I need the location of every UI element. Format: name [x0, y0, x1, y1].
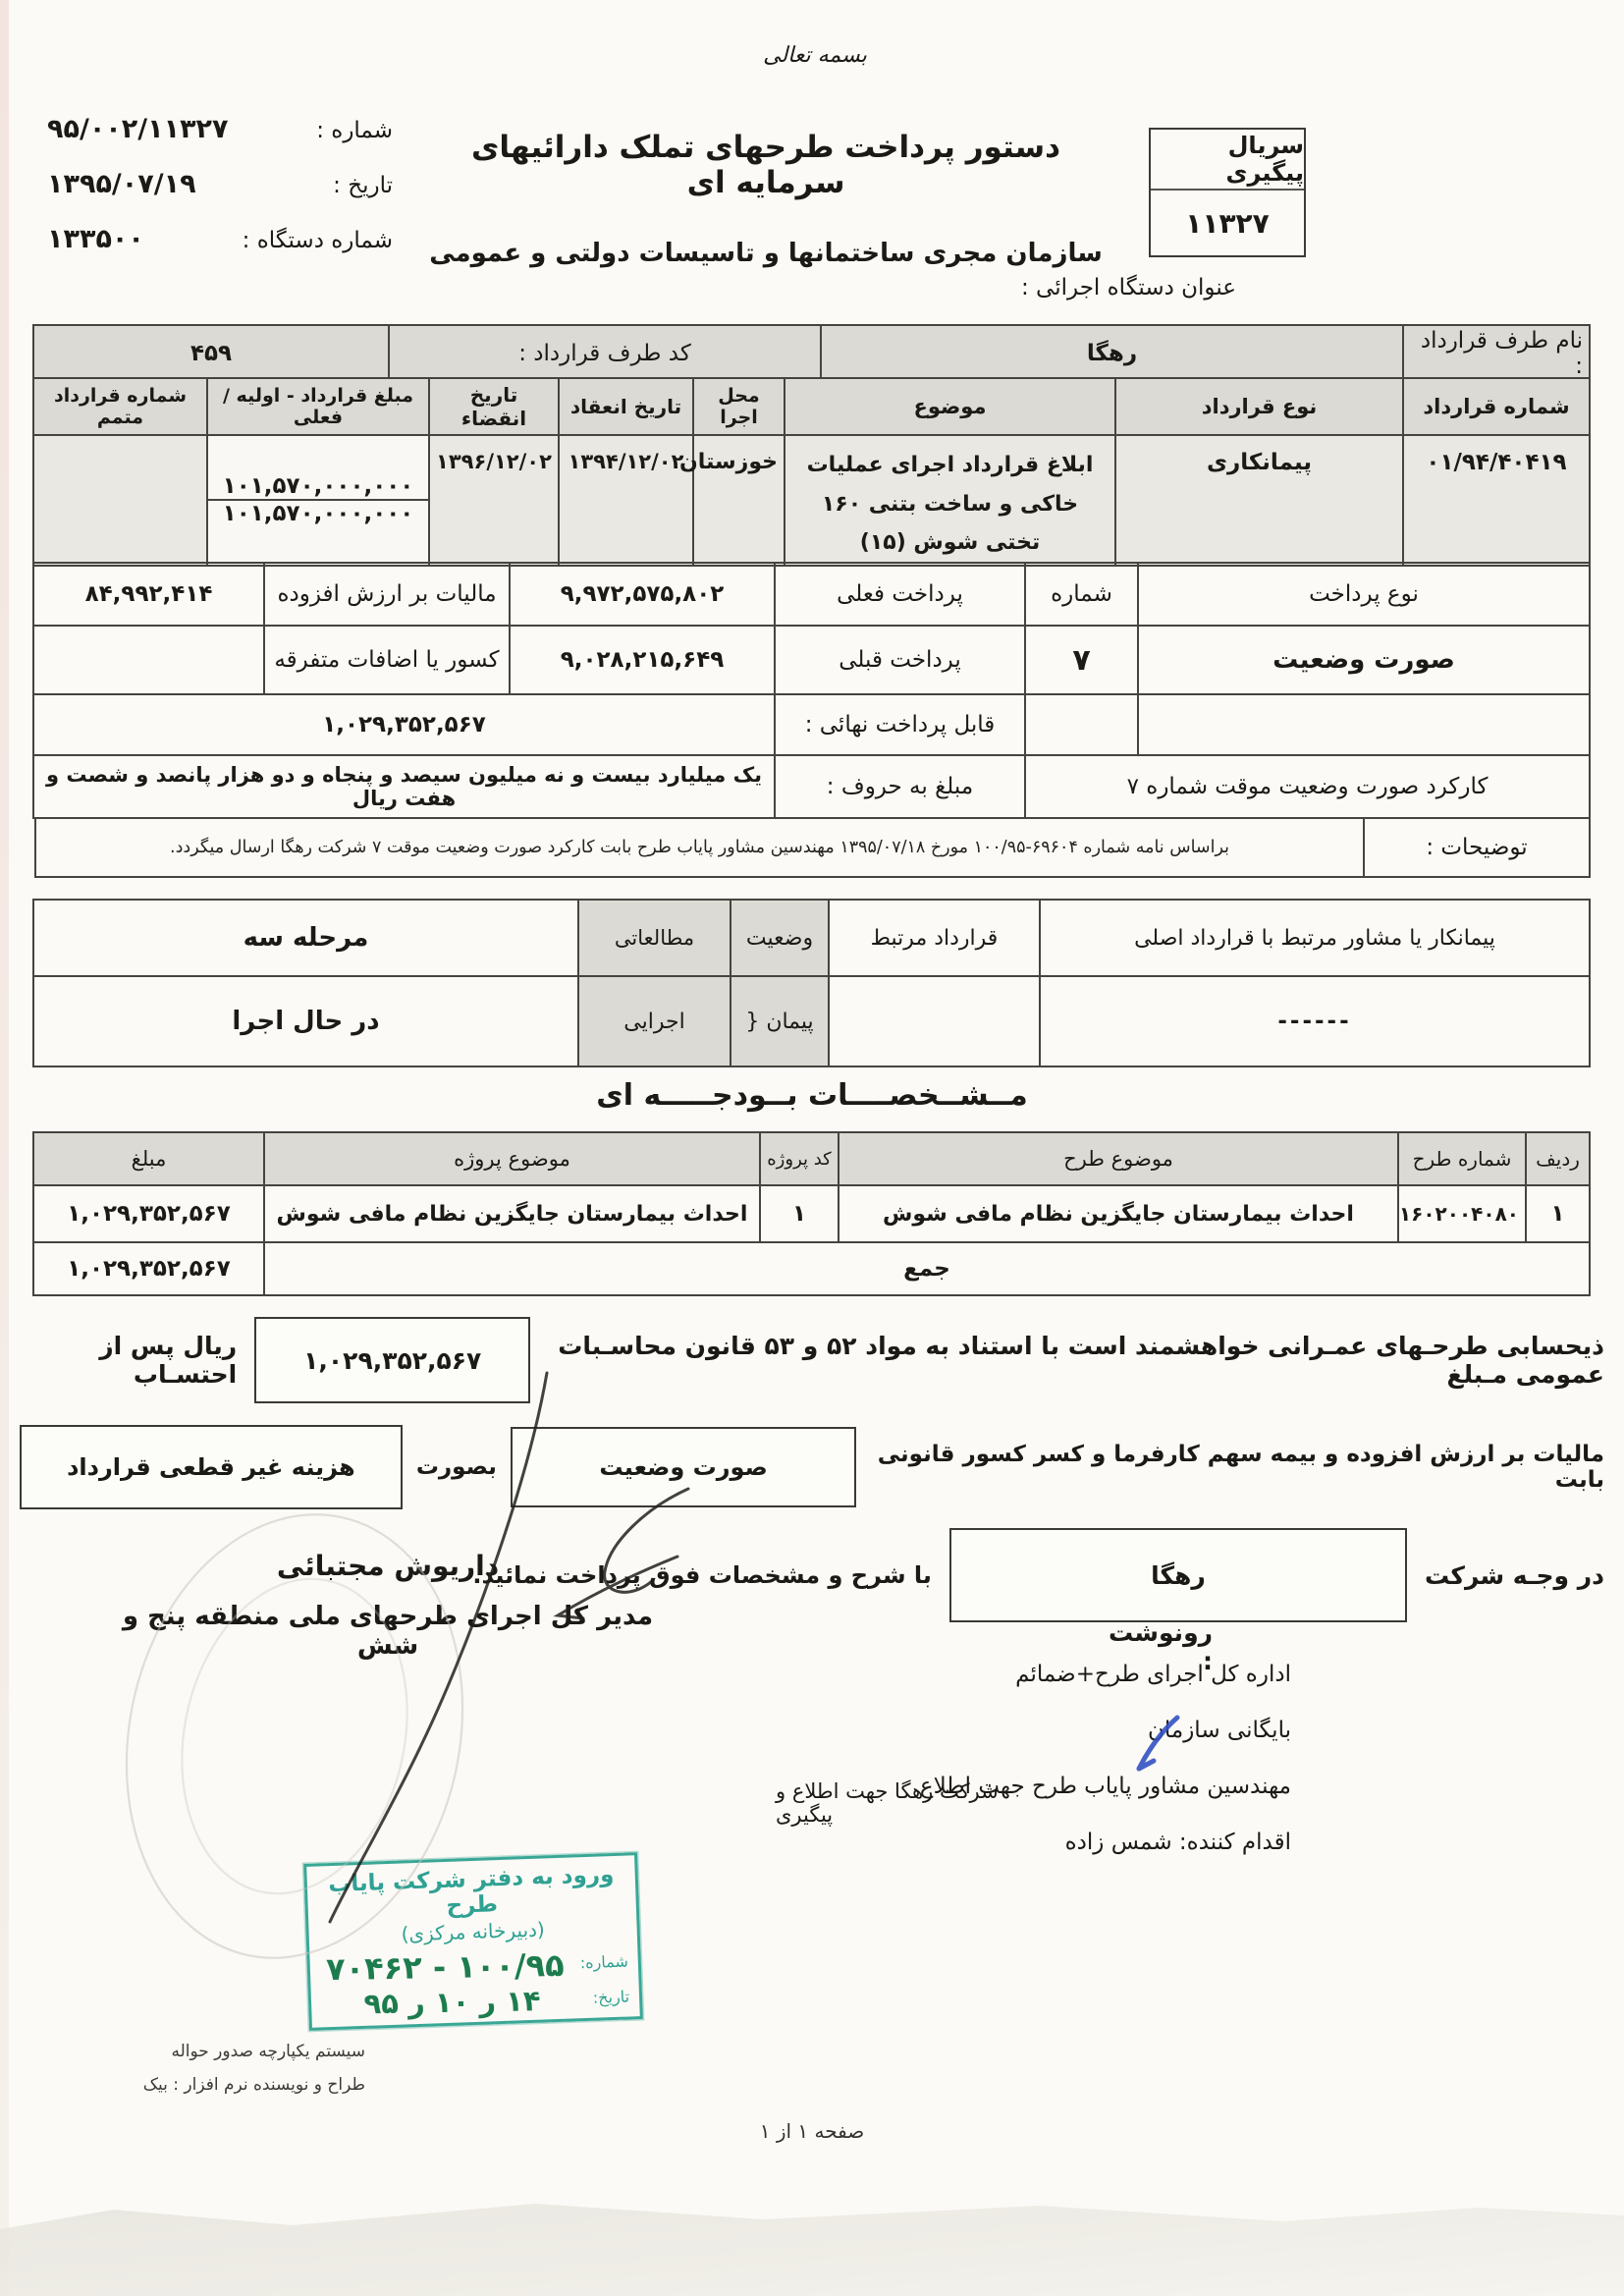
peyman-word: پیمان {	[731, 976, 829, 1066]
status-word: وضعیت	[731, 900, 829, 976]
scanned-payment-order-document: بسمه تعالی سریال پیگیری ۱۱۳۲۷ عنوان دستگ…	[0, 0, 1624, 2296]
budget-sum-label: جمع	[264, 1242, 1590, 1295]
related-contract-value	[829, 976, 1040, 1066]
budget-plan-no: ۱۶۰۲۰۰۴۰۸۰	[1398, 1185, 1526, 1242]
party-code-label: کد طرف قرارداد :	[389, 325, 821, 382]
tracking-serial-value: ۱۱۳۲۷	[1151, 191, 1304, 255]
col-expire-date: تاریخ انقضاء	[429, 378, 559, 435]
instruction-line-1: ذیحسابی طرحـهای عمـرانی خواهشمند است با …	[20, 1316, 1604, 1404]
budget-amount: ۱,۰۲۹,۳۵۲,۵۶۷	[33, 1185, 264, 1242]
col-contract-subject: موضوع	[785, 378, 1115, 435]
contract-expire-date-value: ۱۳۹۶/۱۲/۰۲	[429, 435, 559, 566]
final-payable-value: ۱,۰۲۹,۳۵۲,۵۶۷	[33, 694, 775, 755]
budget-col-plan-subject: موضوع طرح	[839, 1132, 1398, 1185]
instruction-line3-text: در وجـه شرکت	[1425, 1561, 1604, 1590]
device-number-label: شماره دستگاه :	[243, 228, 393, 253]
budget-project-code: ۱	[760, 1185, 839, 1242]
notes-text: براساس نامه شماره ۶۹۶۰۴-۱۰۰/۹۵ مورخ ۱۳۹۵…	[36, 819, 1363, 876]
budget-project-subject: احداث بیمارستان جایگزین نظام مافی شوش	[264, 1185, 760, 1242]
notes-label: توضیحات :	[1363, 819, 1589, 876]
system-credits: سیستم یکپارچه صدور حواله طراح و نویسنده …	[137, 2035, 365, 2102]
contract-type-value: پیمانکاری	[1115, 435, 1403, 566]
payment-no-label: شماره	[1025, 563, 1138, 626]
signature-block: داریوش مجتبائی مدیر کل اجرای طرحهای ملی …	[93, 1550, 682, 1661]
entry-stamp-date-label: تاریخ:	[592, 1987, 629, 2006]
entry-stamp-line1: ورود به دفتر شرکت پایاب طرح	[316, 1862, 626, 1924]
document-meta-block: شماره : ۹۵/۰۰۲/۱۱۳۲۷ تاریخ : ۱۳۹۵/۰۷/۱۹ …	[47, 114, 393, 279]
tracking-serial-box: سریال پیگیری ۱۱۳۲۷	[1149, 128, 1306, 257]
executing-organization: سازمان مجری ساختمانها و تاسیسات دولتی و …	[422, 239, 1110, 268]
final-payable-label: قابل پرداخت نهائی :	[775, 694, 1025, 755]
agency-title-label: عنوان دستگاه اجرائی :	[1021, 275, 1306, 301]
payment-empty-cell-2	[1025, 694, 1138, 755]
supplement-number-value	[33, 435, 207, 566]
amount-in-words-label: مبلغ به حروف :	[775, 755, 1025, 818]
copies-list: اداره کل اجرای طرح+ضمائم بایگانی سازمان …	[835, 1662, 1291, 1886]
vat-value: ۸۴,۹۹۲,۴۱۴	[33, 563, 264, 626]
payment-type-label: نوع پرداخت	[1138, 563, 1590, 626]
tracking-serial-label: سریال پیگیری	[1151, 130, 1304, 191]
contract-number-value: ۰۱/۹۴/۴۰۴۱۹	[1403, 435, 1590, 566]
amount-in-words-value: یک میلیارد بیست و نه میلیون سیصد و پنجاه…	[33, 755, 775, 818]
related-contract-label: قرارداد مرتبط	[829, 900, 1040, 976]
contract-amount-current: ۱۰۱,۵۷۰,۰۰۰,۰۰۰	[208, 499, 428, 526]
payment-no-value: ۷	[1025, 626, 1138, 694]
related-contractor-value: ------	[1040, 976, 1590, 1066]
doc-number-row: شماره : ۹۵/۰۰۲/۱۱۳۲۷	[47, 114, 393, 144]
budget-table: ردیف شماره طرح موضوع طرح کد پروژه موضوع …	[34, 1131, 1591, 1296]
contract-location-value: خوزستان	[693, 435, 785, 566]
payment-table: نوع پرداخت شماره پرداخت فعلی ۹,۹۷۲,۵۷۵,۸…	[34, 562, 1591, 819]
expense-type-box: هزینه غیر قطعی قرارداد	[20, 1425, 403, 1509]
budget-sum-value: ۱,۰۲۹,۳۵۲,۵۶۷	[33, 1242, 264, 1295]
budget-col-amount: مبلغ	[33, 1132, 264, 1185]
deductions-label: کسور یا اضافات متفرقه	[264, 626, 510, 694]
col-contract-type: نوع قرارداد	[1115, 378, 1403, 435]
contract-amount-cell: ۱۰۱,۵۷۰,۰۰۰,۰۰۰ ۱۰۱,۵۷۰,۰۰۰,۰۰۰	[207, 435, 429, 566]
related-contractor-label: پیمانکار یا مشاور مرتبط با قرارداد اصلی	[1040, 900, 1590, 976]
budget-col-project-subject: موضوع پروژه	[264, 1132, 760, 1185]
status-section-table: پیمانکار یا مشاور مرتبط با قرارداد اصلی …	[34, 899, 1591, 1067]
copy-item-1: اداره کل اجرای طرح+ضمائم	[835, 1662, 1291, 1687]
party-code-value: ۴۵۹	[33, 325, 389, 382]
doc-number-label: شماره :	[316, 118, 393, 143]
instruction-line2-text: مالیات بر ارزش افزوده و بیمه سهم کارفرما…	[870, 1442, 1604, 1493]
bismillah-text: بسمه تعالی	[677, 43, 952, 68]
signer-title: مدیر کل اجرای طرحهای ملی منطقه پنج و شش	[93, 1602, 682, 1661]
party-name-label: نام طرف قرارداد :	[1403, 325, 1590, 382]
contract-party-table: نام طرف قرارداد : رهگا کد طرف قرارداد : …	[34, 324, 1591, 383]
scan-bottom-blotch	[0, 2198, 1624, 2296]
budget-plan-subject: احداث بیمارستان جایگزین نظام مافی شوش	[839, 1185, 1398, 1242]
study-word: مطالعاتی	[578, 900, 731, 976]
contract-table: شماره قرارداد نوع قرارداد موضوع محل اجرا…	[34, 377, 1591, 567]
system-credit-line1: سیستم یکپارچه صدور حواله	[137, 2035, 365, 2068]
instruction-amount-box: ۱,۰۲۹,۳۵۲,۵۶۷	[254, 1317, 530, 1403]
entry-stamp-number-value: ۱۰۰/۹۵ - ۷۰۴۶۲	[320, 1946, 571, 1988]
deductions-value	[33, 626, 264, 694]
col-contract-amount: مبلغ قرارداد - اولیه /فعلی	[207, 378, 429, 435]
phase-label: مرحله سه	[33, 900, 578, 976]
phase-value: در حال اجرا	[33, 976, 578, 1066]
statement-work-label: کارکرد صورت وضعیت موقت شماره ۷	[1025, 755, 1590, 818]
exec-word: اجرایی	[578, 976, 731, 1066]
contract-amount-initial: ۱۰۱,۵۷۰,۰۰۰,۰۰۰	[208, 473, 428, 499]
instruction-line2-mid: بصورت	[416, 1454, 497, 1480]
copy-item-4: اقدام کننده: شمس زاده	[835, 1830, 1291, 1855]
budget-section-title: مــشــخصــــات بــودجـــــه ای	[393, 1078, 1231, 1113]
current-payment-value: ۹,۹۷۲,۵۷۵,۸۰۲	[510, 563, 775, 626]
statement-type-box: صورت وضعیت	[511, 1427, 856, 1507]
doc-date-row: تاریخ : ۱۳۹۵/۰۷/۱۹	[47, 169, 393, 199]
contract-subject-value: ابلاغ قرارداد اجرای عملیات خاکی و ساخت ب…	[785, 435, 1115, 566]
party-name-value: رهگا	[821, 325, 1403, 382]
device-number-row: شماره دستگاه : ۱۳۳۵۰۰	[47, 224, 393, 254]
payee-company-box: رهگا	[949, 1528, 1407, 1622]
current-payment-label: پرداخت فعلی	[775, 563, 1025, 626]
col-supplement-number: شماره قرارداد متمم	[33, 378, 207, 435]
payment-type-value: صورت وضعیت	[1138, 626, 1590, 694]
copy-item-2: بایگانی سازمان	[835, 1718, 1291, 1743]
notes-row: توضیحات : براساس نامه شماره ۶۹۶۰۴-۱۰۰/۹۵…	[34, 817, 1591, 878]
doc-date-label: تاریخ :	[333, 173, 393, 198]
doc-number-value: ۹۵/۰۰۲/۱۱۳۲۷	[47, 114, 229, 144]
col-sign-date: تاریخ انعقاد	[559, 378, 693, 435]
previous-payment-value: ۹,۰۲۸,۲۱۵,۶۴۹	[510, 626, 775, 694]
entry-stamp: ورود به دفتر شرکت پایاب طرح (دبیرخانه مر…	[303, 1852, 643, 2031]
previous-payment-label: پرداخت قبلی	[775, 626, 1025, 694]
budget-row-index: ۱	[1526, 1185, 1590, 1242]
payment-empty-cell-1	[1138, 694, 1590, 755]
system-credit-line2: طراح و نویسنده نرم افزار : بیک	[137, 2068, 365, 2102]
doc-date-value: ۱۳۹۵/۰۷/۱۹	[47, 169, 196, 199]
entry-stamp-number-label: شماره:	[579, 1951, 628, 1972]
entry-stamp-date-value: ۱۴ ر ۱۰ ر ۹۵	[321, 1983, 583, 2021]
budget-col-row: ردیف	[1526, 1132, 1590, 1185]
instruction-line1-tail: ریال پس از احتسـاب	[20, 1332, 237, 1389]
vat-label: مالیات بر ارزش افزوده	[264, 563, 510, 626]
device-number-value: ۱۳۳۵۰۰	[47, 224, 144, 254]
contract-sign-date-value: ۱۳۹۴/۱۲/۰۲	[559, 435, 693, 566]
signer-name: داریوش مجتبائی	[93, 1550, 682, 1582]
instruction-line1-text: ذیحسابی طرحـهای عمـرانی خواهشمند است با …	[548, 1332, 1604, 1389]
col-contract-number: شماره قرارداد	[1403, 378, 1590, 435]
page-number: صفحه ۱ از ۱	[714, 2119, 910, 2143]
copies-side-note: - شرکت رهگا جهت اطلاع و پیگیری	[776, 1779, 1041, 1827]
col-contract-location: محل اجرا	[693, 378, 785, 435]
document-title: دستور پرداخت طرحهای تملک دارائیهای سرمای…	[422, 130, 1110, 200]
budget-col-project-code: کد پروژه	[760, 1132, 839, 1185]
instruction-line-2: مالیات بر ارزش افزوده و بیمه سهم کارفرما…	[20, 1426, 1604, 1508]
budget-col-plan-no: شماره طرح	[1398, 1132, 1526, 1185]
scan-left-edge	[0, 0, 9, 2296]
